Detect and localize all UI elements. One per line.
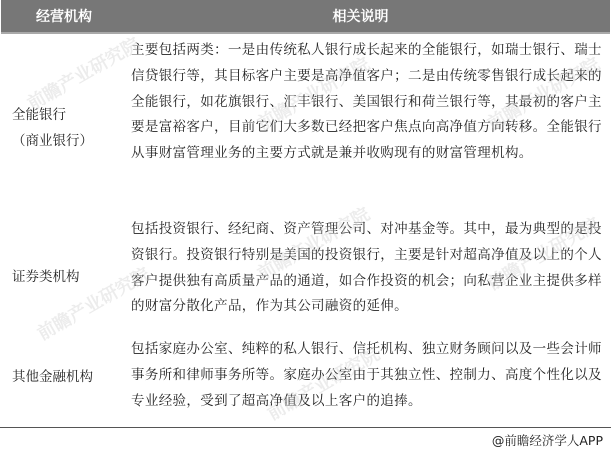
institutions-table: 经营机构 相关说明 全能银行 （商业银行） 主要包括两类：一是由传统私人银行成长… [1, 0, 610, 417]
table-row: 全能银行 （商业银行） 主要包括两类：一是由传统私人银行成长起来的全能银行，如瑞… [1, 34, 610, 217]
table-header: 经营机构 相关说明 [1, 0, 610, 34]
table-row: 其他金融机构 包括家庭办公室、纯粹的私人银行、信托机构、独立财务顾问以及一些会计… [1, 337, 610, 417]
institution-label-line: 全能银行 [12, 102, 131, 128]
institution-description: 包括家庭办公室、纯粹的私人银行、信托机构、独立财务顾问以及一些会计师事务所和律师… [131, 337, 610, 417]
header-description: 相关说明 [131, 6, 610, 26]
institution-label-line: 证券类机构 [12, 264, 131, 290]
institution-description: 包括投资银行、经纪商、资产管理公司、对冲基金等。其中，最为典型的是投资银行。投资… [131, 217, 610, 337]
institution-label-line: （商业银行） [12, 128, 131, 154]
institution-label: 证券类机构 [1, 217, 131, 337]
institution-label-line: 其他金融机构 [12, 364, 131, 390]
bottom-divider [0, 427, 611, 428]
table-row: 证券类机构 包括投资银行、经纪商、资产管理公司、对冲基金等。其中，最为典型的是投… [1, 217, 610, 337]
source-credit: @前瞻经济学人APP [492, 431, 603, 449]
header-institution: 经营机构 [1, 6, 131, 26]
institution-label: 其他金融机构 [1, 337, 131, 417]
institution-label: 全能银行 （商业银行） [1, 38, 131, 217]
institution-description: 主要包括两类：一是由传统私人银行成长起来的全能银行，如瑞士银行、瑞士信贷银行等，… [131, 38, 610, 217]
